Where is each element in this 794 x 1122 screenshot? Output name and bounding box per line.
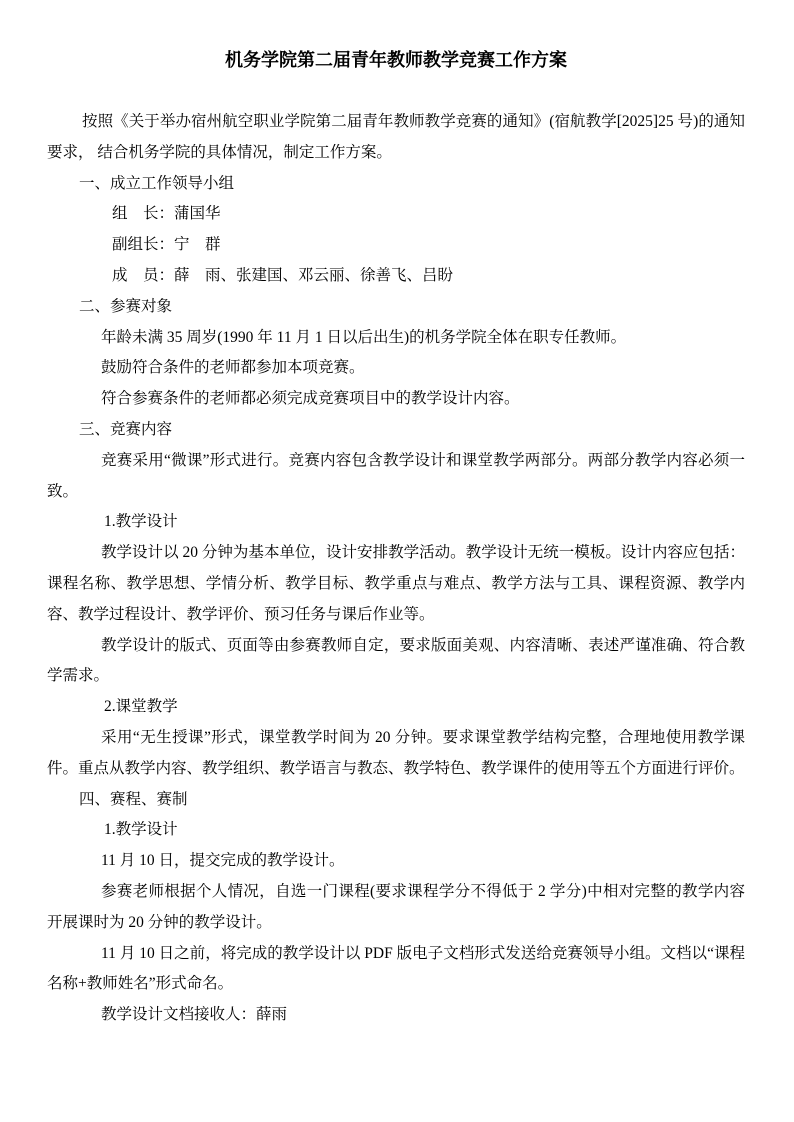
subitem-heading: 1.教学设计 <box>47 507 745 538</box>
paragraph: 成 员：薛 雨、张建国、邓云丽、徐善飞、吕盼 <box>47 261 745 292</box>
section-heading: 二、参赛对象 <box>47 292 745 323</box>
subitem-heading: 2.课堂教学 <box>47 692 745 723</box>
paragraph: 11 月 10 日之前，将完成的教学设计以 PDF 版电子文档形式发送给竞赛领导… <box>47 939 745 1001</box>
paragraph: 参赛老师根据个人情况，自选一门课程(要求课程学分不得低于 2 学分)中相对完整的… <box>47 877 745 939</box>
paragraph: 竞赛采用“微课”形式进行。竞赛内容包含教学设计和课堂教学两部分。两部分教学内容必… <box>47 446 745 508</box>
paragraph: 组 长：蒲国华 <box>47 199 745 230</box>
paragraph: 按照《关于举办宿州航空职业学院第二届青年教师教学竞赛的通知》(宿航教学[2025… <box>47 107 745 169</box>
document-page: 机务学院第二届青年教师教学竞赛工作方案 按照《关于举办宿州航空职业学院第二届青年… <box>0 0 794 1122</box>
paragraph: 副组长：宁 群 <box>47 230 745 261</box>
paragraph: 采用“无生授课”形式，课堂教学时间为 20 分钟。要求课堂教学结构完整，合理地使… <box>47 723 745 785</box>
paragraph: 符合参赛条件的老师都必须完成竞赛项目中的教学设计内容。 <box>47 384 745 415</box>
section-heading: 四、赛程、赛制 <box>47 785 745 816</box>
paragraph: 教学设计以 20 分钟为基本单位，设计安排教学活动。教学设计无统一模板。设计内容… <box>47 538 745 630</box>
paragraph: 鼓励符合条件的老师都参加本项竞赛。 <box>47 353 745 384</box>
paragraph: 年龄未满 35 周岁(1990 年 11 月 1 日以后出生)的机务学院全体在职… <box>47 323 745 354</box>
section-heading: 一、成立工作领导小组 <box>47 169 745 200</box>
subitem-heading: 1.教学设计 <box>47 815 745 846</box>
document-body: 按照《关于举办宿州航空职业学院第二届青年教师教学竞赛的通知》(宿航教学[2025… <box>47 107 745 1031</box>
paragraph: 教学设计的版式、页面等由参赛教师自定，要求版面美观、内容清晰、表述严谨准确、符合… <box>47 631 745 693</box>
paragraph: 11 月 10 日，提交完成的教学设计。 <box>47 846 745 877</box>
paragraph: 教学设计文档接收人：薛雨 <box>47 1000 745 1031</box>
section-heading: 三、竞赛内容 <box>47 415 745 446</box>
document-title: 机务学院第二届青年教师教学竞赛工作方案 <box>47 47 745 73</box>
